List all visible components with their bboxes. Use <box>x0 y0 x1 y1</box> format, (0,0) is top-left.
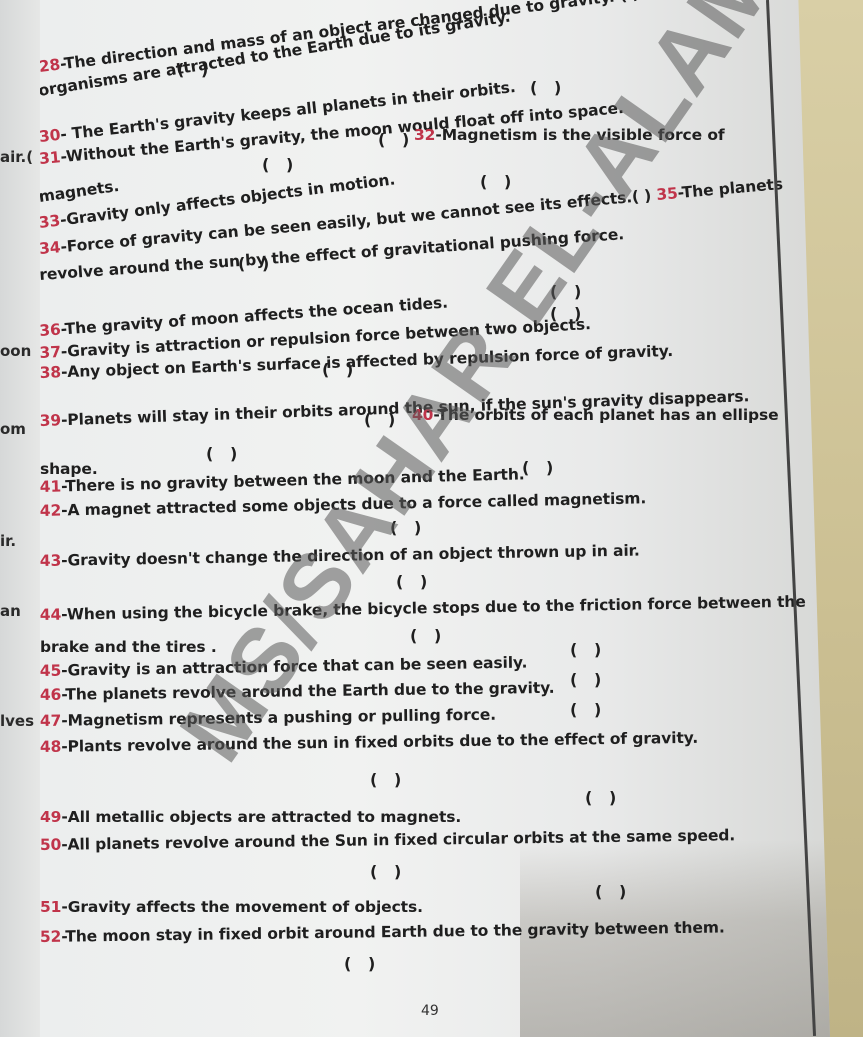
question-43: 43-Gravity doesn't change the direction … <box>40 542 640 570</box>
answer-blank-48[interactable]: ( ) <box>370 770 401 789</box>
question-47: 47-Magnetism represents a pushing or pul… <box>40 706 496 730</box>
prev-page-fragment: om <box>0 420 26 438</box>
answer-blank-29[interactable]: ( ) <box>177 60 208 79</box>
question-51: 51-Gravity affects the movement of objec… <box>40 898 423 916</box>
answer-blank-41[interactable]: ( ) <box>522 458 553 477</box>
question-40: 40-The orbits of each planet has an elli… <box>412 406 779 424</box>
answer-blank-43[interactable]: ( ) <box>396 572 427 591</box>
prev-page-fragment: ir. <box>0 532 16 550</box>
page-number: 49 <box>421 1003 439 1019</box>
question-49: 49-All metallic objects are attracted to… <box>40 808 461 826</box>
question-40-continuation: shape. <box>40 460 98 478</box>
prev-page-fragment: an <box>0 602 21 620</box>
answer-blank-38[interactable]: ( ) <box>322 360 353 379</box>
worksheet-page: 28-The direction and mass of an object a… <box>40 0 830 1037</box>
prev-page-fragment: oon <box>0 342 31 360</box>
previous-page-edge: air.( oon om ir. an lves <box>0 0 42 1037</box>
answer-blank-52[interactable]: ( ) <box>344 954 375 973</box>
answer-blank-44[interactable]: ( ) <box>410 626 441 645</box>
answer-blank-39[interactable]: ( ) <box>364 410 395 429</box>
prev-page-fragment: air.( <box>0 148 33 166</box>
answer-blank-50[interactable]: ( ) <box>370 862 401 881</box>
answer-blank-49[interactable]: ( ) <box>585 788 616 807</box>
answer-blank-37[interactable]: ( ) <box>550 304 581 323</box>
question-45: 45-Gravity is an attraction force that c… <box>40 653 528 680</box>
photo-scene: air.( oon om ir. an lves 28-The directio… <box>0 0 863 1037</box>
question-32-continuation: magnets. <box>37 177 120 206</box>
question-41: 41-There is no gravity between the moon … <box>40 465 525 496</box>
answer-blank-32[interactable]: ( ) <box>262 155 293 174</box>
prev-page-fragment: lves <box>0 712 34 730</box>
answer-blank-51[interactable]: ( ) <box>595 882 626 901</box>
answer-blank-40[interactable]: ( ) <box>206 444 237 463</box>
answer-blank-30[interactable]: ( ) <box>530 78 561 97</box>
answer-blank-36[interactable]: ( ) <box>550 282 581 301</box>
question-44: 44-When using the bicycle brake, the bic… <box>40 593 806 624</box>
answer-blank-31[interactable]: ( ) <box>378 130 409 149</box>
question-46: 46-The planets revolve around the Earth … <box>40 679 555 704</box>
question-44-continuation: brake and the tires . <box>40 638 217 656</box>
answer-blank-46[interactable]: ( ) <box>570 670 601 689</box>
answer-blank-42[interactable]: ( ) <box>390 518 421 537</box>
answer-blank-45[interactable]: ( ) <box>570 640 601 659</box>
question-42: 42-A magnet attracted some objects due t… <box>40 489 647 520</box>
answer-blank-47[interactable]: ( ) <box>570 700 601 719</box>
answer-blank-35[interactable]: ( ) <box>238 254 269 273</box>
question-48: 48-Plants revolve around the sun in fixe… <box>40 729 698 756</box>
question-32: 32-Magnetism is the visible force of <box>414 126 725 144</box>
answer-blank-33[interactable]: ( ) <box>480 172 511 191</box>
